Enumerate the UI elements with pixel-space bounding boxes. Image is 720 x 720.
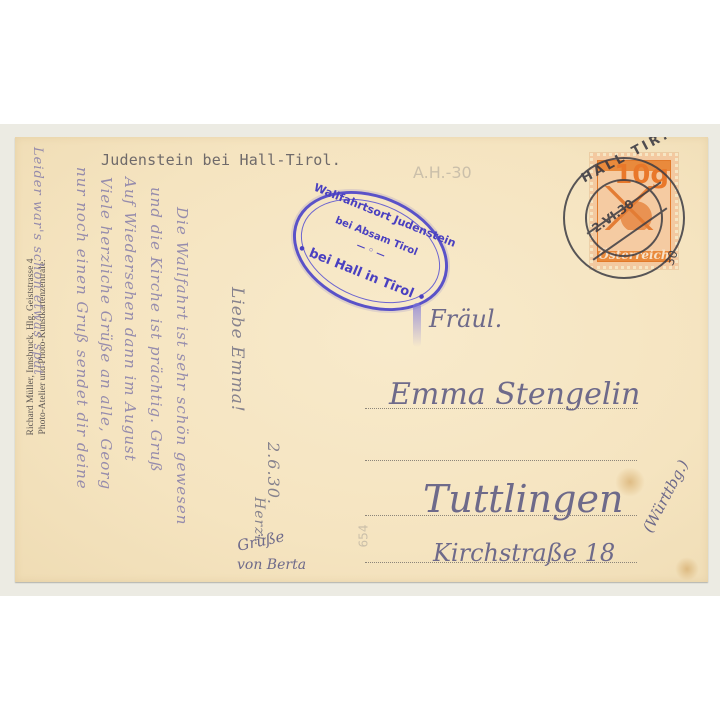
address-name: Emma Stengelin (389, 377, 640, 412)
pencil-note: A.H.-30 (413, 163, 472, 182)
address-line (365, 408, 637, 409)
age-stain (675, 557, 699, 581)
message-closing: Grüße (236, 527, 286, 555)
postcard-caption: Judenstein bei Hall-Tirol. (101, 151, 341, 169)
message-closing: von Berta (237, 557, 306, 573)
message-column: Leider war's schon etwas spät (30, 147, 45, 376)
message-column: Die Wallfahrt ist sehr schön gewesen (173, 207, 191, 525)
message-column: und die Kirche ist prächtig. Gruß (147, 187, 165, 472)
message-date: 2.6.30. (264, 442, 283, 505)
postmark: HALL TIR. 2.VI.30 30 (563, 157, 685, 279)
address-line (365, 515, 637, 516)
message-column: Auf Wiedersehen dann im August (121, 177, 139, 462)
address-region: (Württbg.) (639, 457, 692, 536)
ink-smudge (413, 303, 421, 347)
pencil-note: 654 (356, 525, 370, 548)
address-line (365, 562, 637, 563)
message-column: Viele herzliche Grüße an alle, Georg (97, 177, 115, 490)
message-greeting: Liebe Emma! (227, 287, 247, 413)
postcard: Judenstein bei Hall-Tirol. Richard Mülle… (15, 137, 708, 582)
address-line (365, 460, 637, 461)
message-column: nur noch einen Gruß sendet dir deine (73, 167, 91, 490)
address-salutation: Fräul. (429, 305, 502, 333)
